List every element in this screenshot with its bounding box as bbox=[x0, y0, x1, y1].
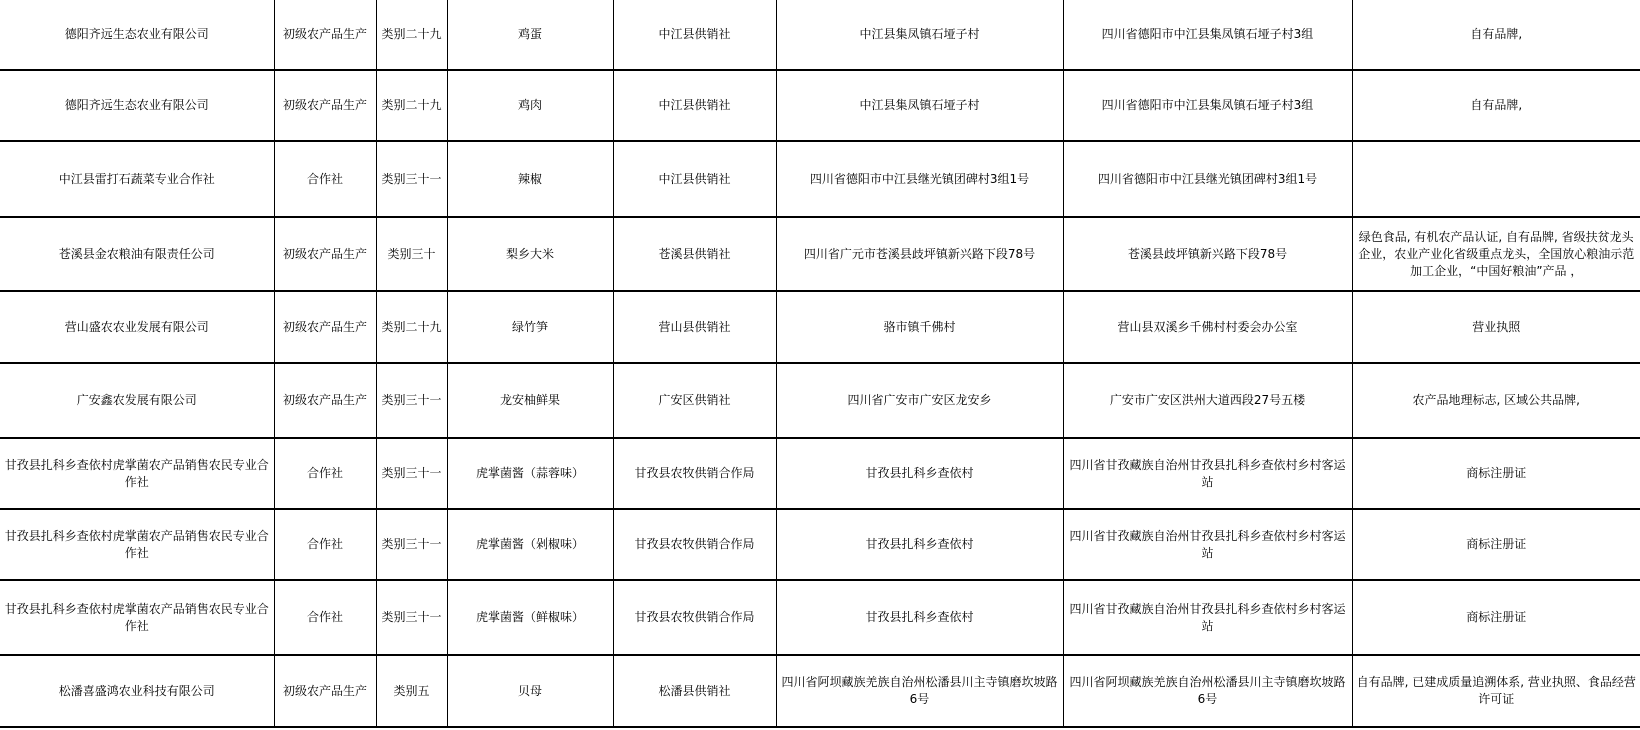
page: 德阳齐远生态农业有限公司 初级农产品生产 类别二十九 鸡蛋 中江县供销社 中江县… bbox=[0, 0, 1640, 730]
registered-address-cell: 四川省阿坝藏族羌族自治州松潘县川主寺镇磨坎坡路6号 bbox=[1063, 655, 1352, 727]
entity-type-cell: 初级农产品生产 bbox=[274, 217, 376, 291]
certification-cell: 绿色食品, 有机农产品认证, 自有品牌, 省级扶贫龙头企业，农业产业化省级重点龙… bbox=[1352, 217, 1640, 291]
table-row: 甘孜县扎科乡查依村虎掌菌农产品销售农民专业合作社 合作社 类别三十一 虎掌菌酱（… bbox=[0, 438, 1640, 509]
entity-type-cell: 初级农产品生产 bbox=[274, 70, 376, 141]
company-name-cell: 苍溪县金农粮油有限责任公司 bbox=[0, 217, 274, 291]
cooperative-cell: 中江县供销社 bbox=[613, 141, 776, 217]
registered-address-cell: 四川省德阳市中江县集凤镇石垭子村3组 bbox=[1063, 0, 1352, 70]
certification-cell: 农产品地理标志, 区域公共品牌, bbox=[1352, 363, 1640, 438]
producers-table: 德阳齐远生态农业有限公司 初级农产品生产 类别二十九 鸡蛋 中江县供销社 中江县… bbox=[0, 0, 1640, 728]
cooperative-cell: 甘孜县农牧供销合作局 bbox=[613, 438, 776, 509]
registered-address-cell: 广安市广安区洪州大道西段27号五楼 bbox=[1063, 363, 1352, 438]
product-cell: 龙安柚鲜果 bbox=[447, 363, 613, 438]
cooperative-cell: 甘孜县农牧供销合作局 bbox=[613, 509, 776, 580]
registered-address-cell: 营山县双溪乡千佛村村委会办公室 bbox=[1063, 291, 1352, 363]
entity-type-cell: 合作社 bbox=[274, 509, 376, 580]
address-cell: 四川省广元市苍溪县歧坪镇新兴路下段78号 bbox=[776, 217, 1063, 291]
company-name-cell: 营山盛农农业发展有限公司 bbox=[0, 291, 274, 363]
category-cell: 类别三十一 bbox=[376, 141, 447, 217]
entity-type-cell: 合作社 bbox=[274, 438, 376, 509]
certification-cell: 自有品牌, bbox=[1352, 0, 1640, 70]
table-row: 广安鑫农发展有限公司 初级农产品生产 类别三十一 龙安柚鲜果 广安区供销社 四川… bbox=[0, 363, 1640, 438]
certification-cell bbox=[1352, 141, 1640, 217]
category-cell: 类别二十九 bbox=[376, 291, 447, 363]
cooperative-cell: 广安区供销社 bbox=[613, 363, 776, 438]
entity-type-cell: 初级农产品生产 bbox=[274, 363, 376, 438]
registered-address-cell: 四川省甘孜藏族自治州甘孜县扎科乡查依村乡村客运站 bbox=[1063, 438, 1352, 509]
category-cell: 类别三十 bbox=[376, 217, 447, 291]
cooperative-cell: 苍溪县供销社 bbox=[613, 217, 776, 291]
address-cell: 中江县集凤镇石垭子村 bbox=[776, 0, 1063, 70]
company-name-cell: 德阳齐远生态农业有限公司 bbox=[0, 0, 274, 70]
certification-cell: 商标注册证 bbox=[1352, 509, 1640, 580]
cooperative-cell: 营山县供销社 bbox=[613, 291, 776, 363]
certification-cell: 商标注册证 bbox=[1352, 580, 1640, 655]
table-row: 中江县雷打石蔬菜专业合作社 合作社 类别三十一 辣椒 中江县供销社 四川省德阳市… bbox=[0, 141, 1640, 217]
product-cell: 虎掌菌酱（剁椒味） bbox=[447, 509, 613, 580]
certification-cell: 自有品牌, 已建成质量追溯体系, 营业执照、食品经营许可证 bbox=[1352, 655, 1640, 727]
cooperative-cell: 中江县供销社 bbox=[613, 0, 776, 70]
category-cell: 类别五 bbox=[376, 655, 447, 727]
cooperative-cell: 松潘县供销社 bbox=[613, 655, 776, 727]
entity-type-cell: 初级农产品生产 bbox=[274, 0, 376, 70]
address-cell: 甘孜县扎科乡查依村 bbox=[776, 509, 1063, 580]
address-cell: 中江县集凤镇石垭子村 bbox=[776, 70, 1063, 141]
address-cell: 四川省广安市广安区龙安乡 bbox=[776, 363, 1063, 438]
certification-cell: 营业执照 bbox=[1352, 291, 1640, 363]
table-row: 松潘喜盛鸿农业科技有限公司 初级农产品生产 类别五 贝母 松潘县供销社 四川省阿… bbox=[0, 655, 1640, 727]
registered-address-cell: 四川省甘孜藏族自治州甘孜县扎科乡查依村乡村客运站 bbox=[1063, 580, 1352, 655]
certification-cell: 商标注册证 bbox=[1352, 438, 1640, 509]
product-cell: 虎掌菌酱（鲜椒味） bbox=[447, 580, 613, 655]
product-cell: 梨乡大米 bbox=[447, 217, 613, 291]
entity-type-cell: 初级农产品生产 bbox=[274, 291, 376, 363]
category-cell: 类别三十一 bbox=[376, 580, 447, 655]
company-name-cell: 中江县雷打石蔬菜专业合作社 bbox=[0, 141, 274, 217]
address-cell: 甘孜县扎科乡查依村 bbox=[776, 580, 1063, 655]
product-cell: 鸡蛋 bbox=[447, 0, 613, 70]
registered-address-cell: 四川省德阳市中江县集凤镇石垭子村3组 bbox=[1063, 70, 1352, 141]
company-name-cell: 甘孜县扎科乡查依村虎掌菌农产品销售农民专业合作社 bbox=[0, 509, 274, 580]
company-name-cell: 甘孜县扎科乡查依村虎掌菌农产品销售农民专业合作社 bbox=[0, 580, 274, 655]
address-cell: 甘孜县扎科乡查依村 bbox=[776, 438, 1063, 509]
category-cell: 类别三十一 bbox=[376, 363, 447, 438]
address-cell: 四川省阿坝藏族羌族自治州松潘县川主寺镇磨坎坡路6号 bbox=[776, 655, 1063, 727]
certification-cell: 自有品牌, bbox=[1352, 70, 1640, 141]
address-cell: 四川省德阳市中江县继光镇团碑村3组1号 bbox=[776, 141, 1063, 217]
cooperative-cell: 甘孜县农牧供销合作局 bbox=[613, 580, 776, 655]
table-row: 苍溪县金农粮油有限责任公司 初级农产品生产 类别三十 梨乡大米 苍溪县供销社 四… bbox=[0, 217, 1640, 291]
category-cell: 类别三十一 bbox=[376, 438, 447, 509]
table-row: 甘孜县扎科乡查依村虎掌菌农产品销售农民专业合作社 合作社 类别三十一 虎掌菌酱（… bbox=[0, 580, 1640, 655]
company-name-cell: 甘孜县扎科乡查依村虎掌菌农产品销售农民专业合作社 bbox=[0, 438, 274, 509]
category-cell: 类别三十一 bbox=[376, 509, 447, 580]
table-row: 甘孜县扎科乡查依村虎掌菌农产品销售农民专业合作社 合作社 类别三十一 虎掌菌酱（… bbox=[0, 509, 1640, 580]
registered-address-cell: 四川省甘孜藏族自治州甘孜县扎科乡查依村乡村客运站 bbox=[1063, 509, 1352, 580]
product-cell: 绿竹笋 bbox=[447, 291, 613, 363]
product-cell: 鸡肉 bbox=[447, 70, 613, 141]
address-cell: 骆市镇千佛村 bbox=[776, 291, 1063, 363]
entity-type-cell: 合作社 bbox=[274, 141, 376, 217]
entity-type-cell: 初级农产品生产 bbox=[274, 655, 376, 727]
registered-address-cell: 四川省德阳市中江县继光镇团碑村3组1号 bbox=[1063, 141, 1352, 217]
company-name-cell: 德阳齐远生态农业有限公司 bbox=[0, 70, 274, 141]
company-name-cell: 广安鑫农发展有限公司 bbox=[0, 363, 274, 438]
entity-type-cell: 合作社 bbox=[274, 580, 376, 655]
product-cell: 贝母 bbox=[447, 655, 613, 727]
product-cell: 辣椒 bbox=[447, 141, 613, 217]
product-cell: 虎掌菌酱（蒜蓉味） bbox=[447, 438, 613, 509]
category-cell: 类别二十九 bbox=[376, 0, 447, 70]
cooperative-cell: 中江县供销社 bbox=[613, 70, 776, 141]
table-row: 德阳齐远生态农业有限公司 初级农产品生产 类别二十九 鸡蛋 中江县供销社 中江县… bbox=[0, 0, 1640, 70]
table-row: 营山盛农农业发展有限公司 初级农产品生产 类别二十九 绿竹笋 营山县供销社 骆市… bbox=[0, 291, 1640, 363]
category-cell: 类别二十九 bbox=[376, 70, 447, 141]
registered-address-cell: 苍溪县歧坪镇新兴路下段78号 bbox=[1063, 217, 1352, 291]
company-name-cell: 松潘喜盛鸿农业科技有限公司 bbox=[0, 655, 274, 727]
table-row: 德阳齐远生态农业有限公司 初级农产品生产 类别二十九 鸡肉 中江县供销社 中江县… bbox=[0, 70, 1640, 141]
